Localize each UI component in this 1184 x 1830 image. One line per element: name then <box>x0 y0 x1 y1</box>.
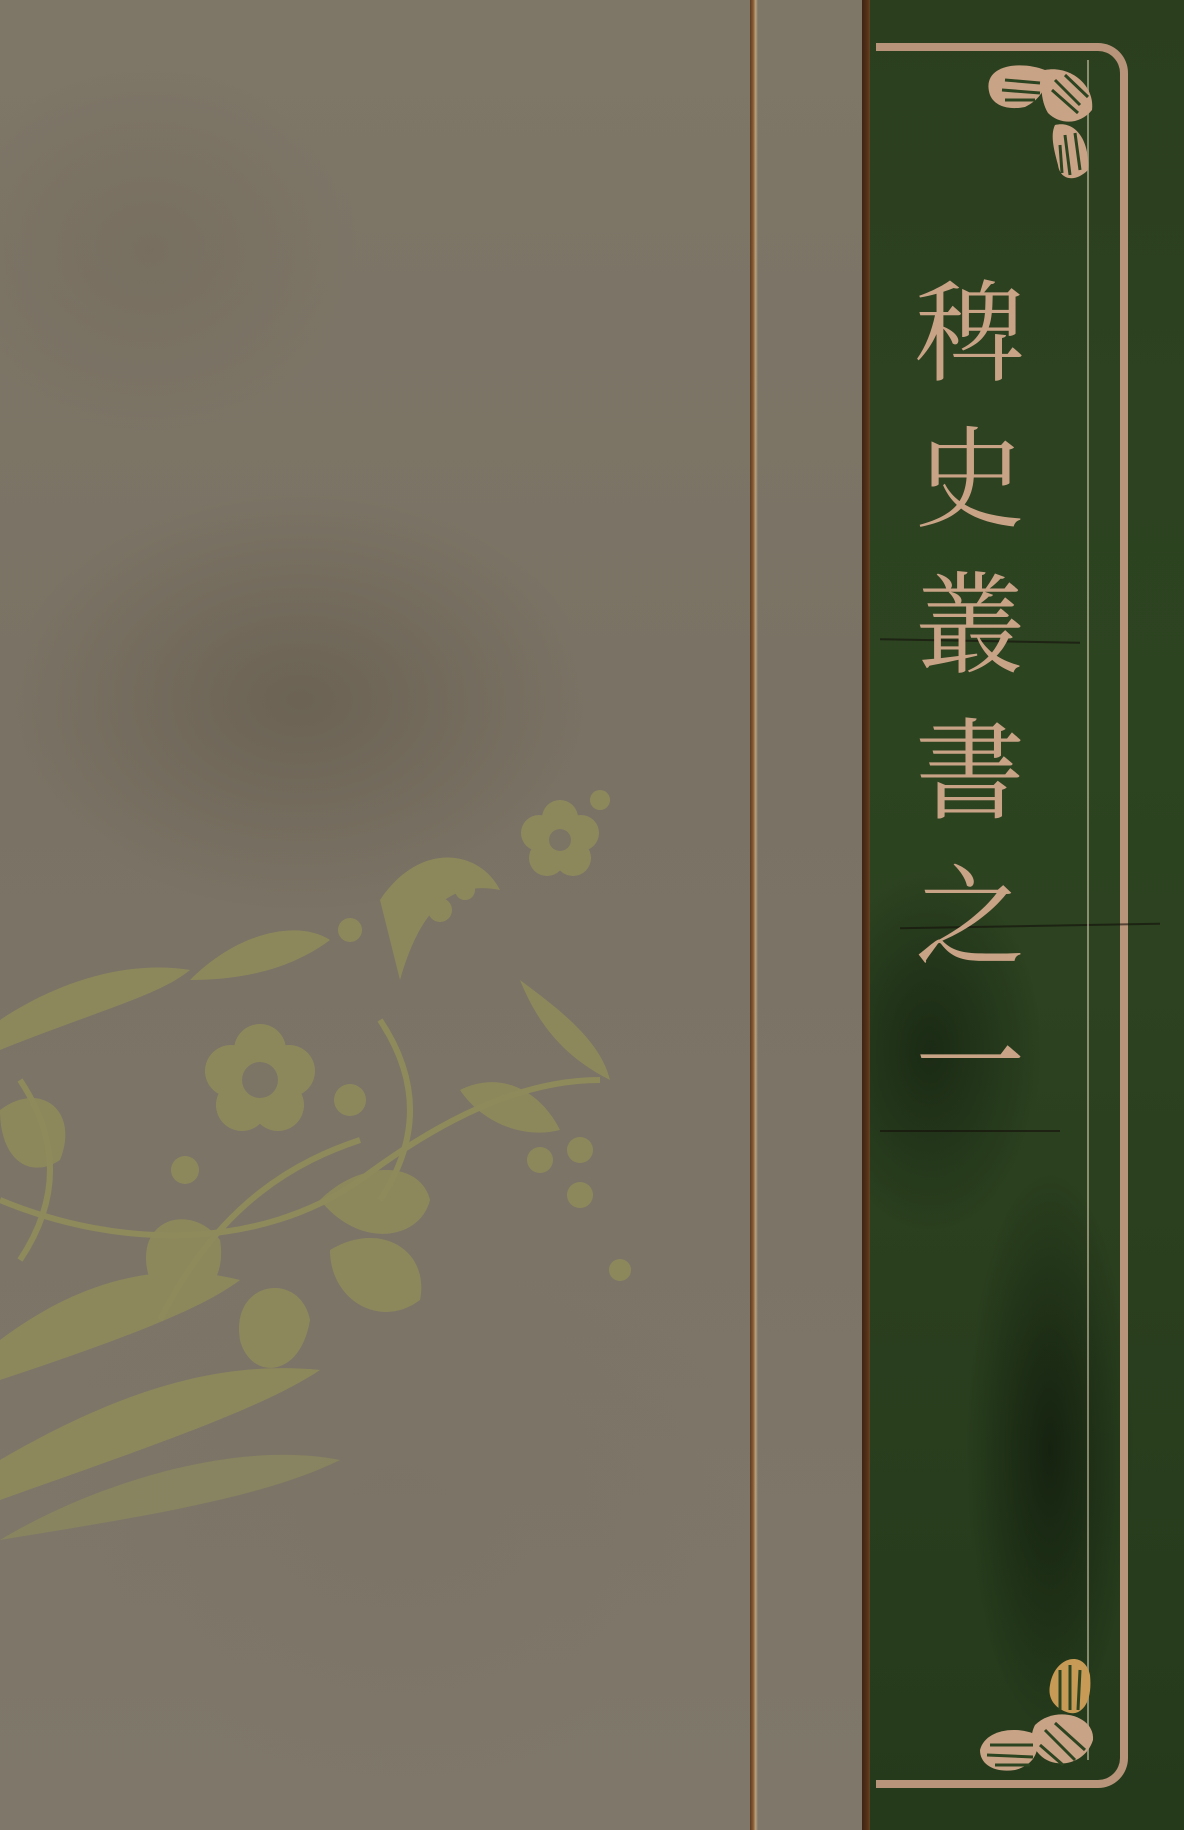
corner-ornament-top-right-icon <box>980 55 1110 190</box>
corner-ornament-bottom-right-icon <box>975 1645 1110 1780</box>
crack <box>1087 60 1089 1760</box>
title-char-5: 之 <box>915 854 1025 982</box>
title-char-6: 一 <box>915 1000 1025 1128</box>
floral-scroll-ornament <box>0 780 640 1540</box>
title-char-3: 叢 <box>915 562 1025 690</box>
book-title: 稗 史 叢 書 之 一 <box>900 270 1040 1128</box>
fold-line-left <box>750 0 758 1830</box>
title-char-4: 書 <box>915 708 1025 836</box>
crack <box>880 1130 1060 1132</box>
frame-bottom-line <box>876 1780 1096 1788</box>
title-char-2: 史 <box>915 416 1025 544</box>
title-char-1: 稗 <box>915 270 1025 398</box>
